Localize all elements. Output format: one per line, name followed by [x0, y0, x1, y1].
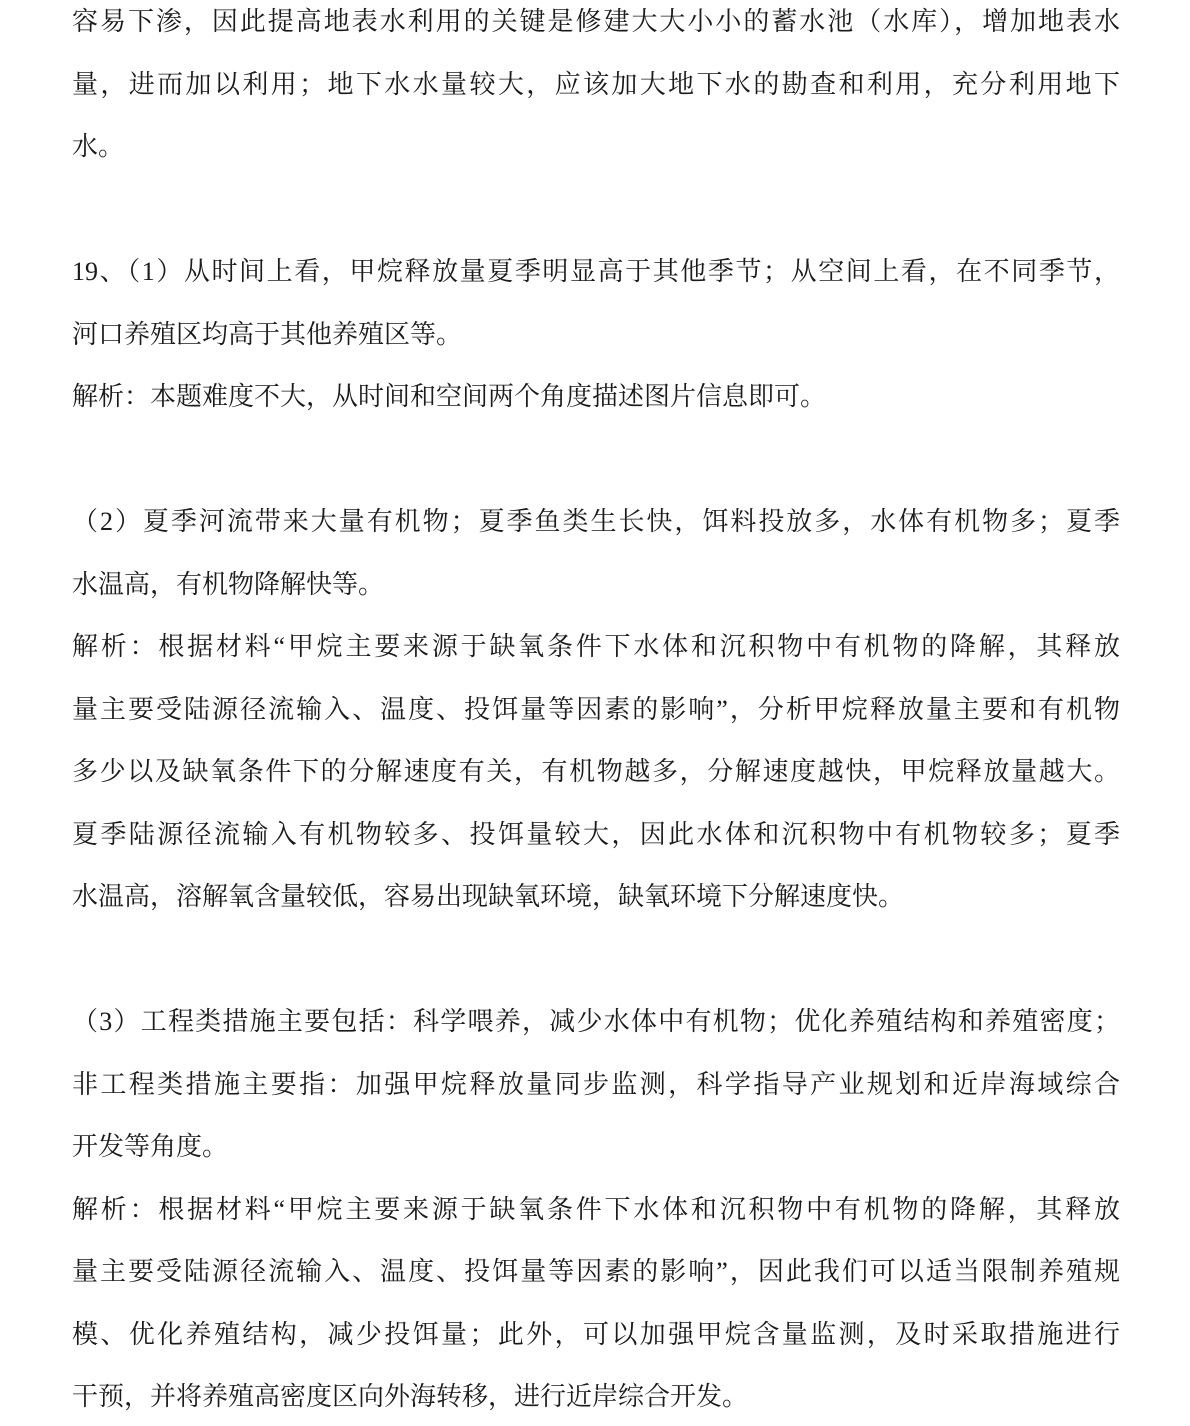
text-line: 解析：根据材料“甲烷主要来源于缺氧条件下水体和沉积物中有机物的降解，其释放	[72, 616, 1120, 679]
text-line: 模、优化养殖结构，减少投饵量；此外，可以加强甲烷含量监测，及时采取措施进行	[72, 1304, 1120, 1367]
text-line: 解析：根据材料“甲烷主要来源于缺氧条件下水体和沉积物中有机物的降解，其释放	[72, 1179, 1120, 1242]
q19-analysis-part3: 解析：根据材料“甲烷主要来源于缺氧条件下水体和沉积物中有机物的降解，其释放量主要…	[72, 1179, 1120, 1426]
text-line: 量主要受陆源径流输入、温度、投饵量等因素的影响”，因此我们可以适当限制养殖规	[72, 1241, 1120, 1304]
text-line: （2）夏季河流带来大量有机物；夏季鱼类生长快，饵料投放多，水体有机物多；夏季	[72, 491, 1120, 554]
text-line: 非工程类措施主要指：加强甲烷释放量同步监测，科学指导产业规划和近岸海域综合	[72, 1054, 1120, 1117]
document-page: { "page": { "background": "#ffffff", "te…	[0, 0, 1190, 1426]
text-line: 水温高，溶解氧含量较低，容易出现缺氧环境，缺氧环境下分解速度快。	[72, 866, 1120, 929]
text-line: 夏季陆源径流输入有机物较多、投饵量较大，因此水体和沉积物中有机物较多；夏季	[72, 804, 1120, 867]
q19-analysis-part2: 解析：根据材料“甲烷主要来源于缺氧条件下水体和沉积物中有机物的降解，其释放量主要…	[72, 616, 1120, 929]
text-line: 开发等角度。	[72, 1116, 1120, 1179]
text-line: 解析：本题难度不大，从时间和空间两个角度描述图片信息即可。	[72, 366, 1120, 429]
text-line: 容易下渗，因此提高地表水利用的关键是修建大大小小的蓄水池（水库），增加地表水	[72, 0, 1120, 54]
q19-answer-part1: 19、（1）从时间上看，甲烷释放量夏季明显高于其他季节；从空间上看，在不同季节，…	[72, 241, 1120, 366]
text-line: （3）工程类措施主要包括：科学喂养，减少水体中有机物；优化养殖结构和养殖密度；	[72, 991, 1120, 1054]
text-line: 量主要受陆源径流输入、温度、投饵量等因素的影响”，分析甲烷释放量主要和有机物	[72, 679, 1120, 742]
document-body: 容易下渗，因此提高地表水利用的关键是修建大大小小的蓄水池（水库），增加地表水量，…	[0, 0, 1190, 1426]
text-line: 水温高，有机物降解快等。	[72, 554, 1120, 617]
text-line: 19、（1）从时间上看，甲烷释放量夏季明显高于其他季节；从空间上看，在不同季节，	[72, 241, 1120, 304]
q19-answer-part2: （2）夏季河流带来大量有机物；夏季鱼类生长快，饵料投放多，水体有机物多；夏季水温…	[72, 491, 1120, 616]
text-line: 干预，并将养殖高密度区向外海转移，进行近岸综合开发。	[72, 1366, 1120, 1426]
text-line: 量，进而加以利用；地下水水量较大，应该加大地下水的勘查和利用，充分利用地下	[72, 54, 1120, 117]
q19-answer-part3: （3）工程类措施主要包括：科学喂养，减少水体中有机物；优化养殖结构和养殖密度；非…	[72, 991, 1120, 1179]
q19-analysis-part1: 解析：本题难度不大，从时间和空间两个角度描述图片信息即可。	[72, 366, 1120, 429]
text-line: 水。	[72, 116, 1120, 179]
previous-answer-continuation: 容易下渗，因此提高地表水利用的关键是修建大大小小的蓄水池（水库），增加地表水量，…	[72, 0, 1120, 179]
text-line: 多少以及缺氧条件下的分解速度有关，有机物越多，分解速度越快，甲烷释放量越大。	[72, 741, 1120, 804]
text-line: 河口养殖区均高于其他养殖区等。	[72, 304, 1120, 367]
